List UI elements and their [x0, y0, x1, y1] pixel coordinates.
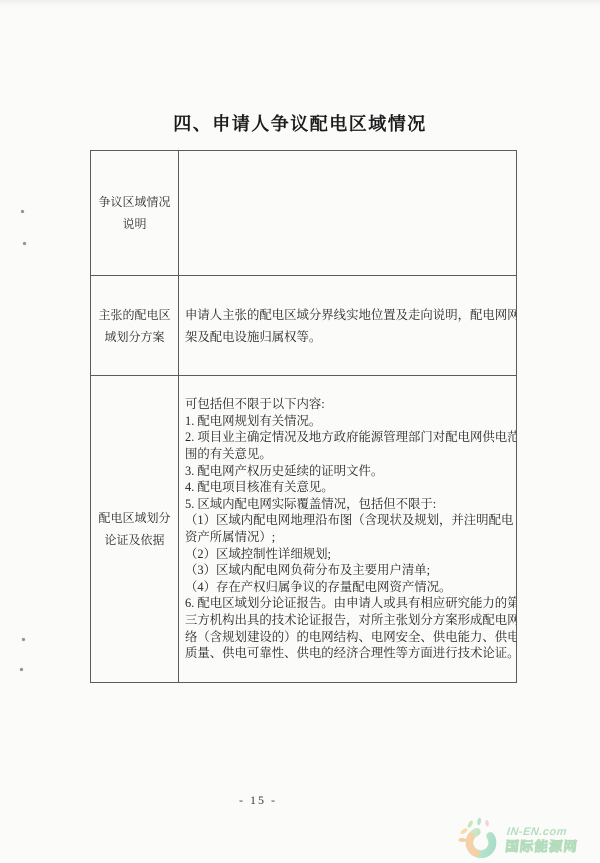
cell-proposed-division-plan: 申请人主张的配电区域分界线实地位置及走向说明，配电网网 架及配电设施归属权等。 [179, 276, 517, 376]
dispute-area-table: 争议区域情况 说明 主张的配电区 域划分方案 申请人主张的配电区域分界线实地位置… [90, 150, 517, 683]
table-row: 主张的配电区 域划分方案 申请人主张的配电区域分界线实地位置及走向说明，配电网网… [91, 276, 517, 376]
row-header-dispute-area-description: 争议区域情况 说明 [91, 151, 179, 276]
row-header-proposed-division-plan: 主张的配电区 域划分方案 [91, 276, 179, 376]
in-en-watermark: IN-EN.com 国际能源网 [456, 817, 598, 863]
scan-speck [21, 210, 24, 213]
table-row: 争议区域情况 说明 [91, 151, 517, 276]
watermark-brand: IN-EN.com [506, 827, 580, 838]
section-title: 四、申请人争议配电区域情况 [0, 110, 600, 136]
cell-dispute-area-description [179, 151, 517, 276]
table-row: 配电区域划分 论证及依据 可包括但不限于以下内容: 1. 配电网规划有关情况。 … [91, 376, 517, 683]
page-number: - 15 - [0, 793, 516, 808]
watermark-text: IN-EN.com 国际能源网 [505, 827, 580, 854]
scan-speck [22, 638, 25, 641]
watermark-brand-cn: 国际能源网 [505, 840, 579, 854]
energy-logo-icon [456, 817, 504, 863]
scan-speck [20, 668, 23, 671]
row-header-division-justification: 配电区域划分 论证及依据 [91, 376, 179, 683]
scan-speck [23, 242, 26, 245]
cell-division-justification: 可包括但不限于以下内容: 1. 配电网规划有关情况。 2. 项目业主确定情况及地… [179, 376, 517, 683]
scanned-document-page: 四、申请人争议配电区域情况 争议区域情况 说明 主张的配电区 域划分方案 申请人… [0, 0, 600, 863]
